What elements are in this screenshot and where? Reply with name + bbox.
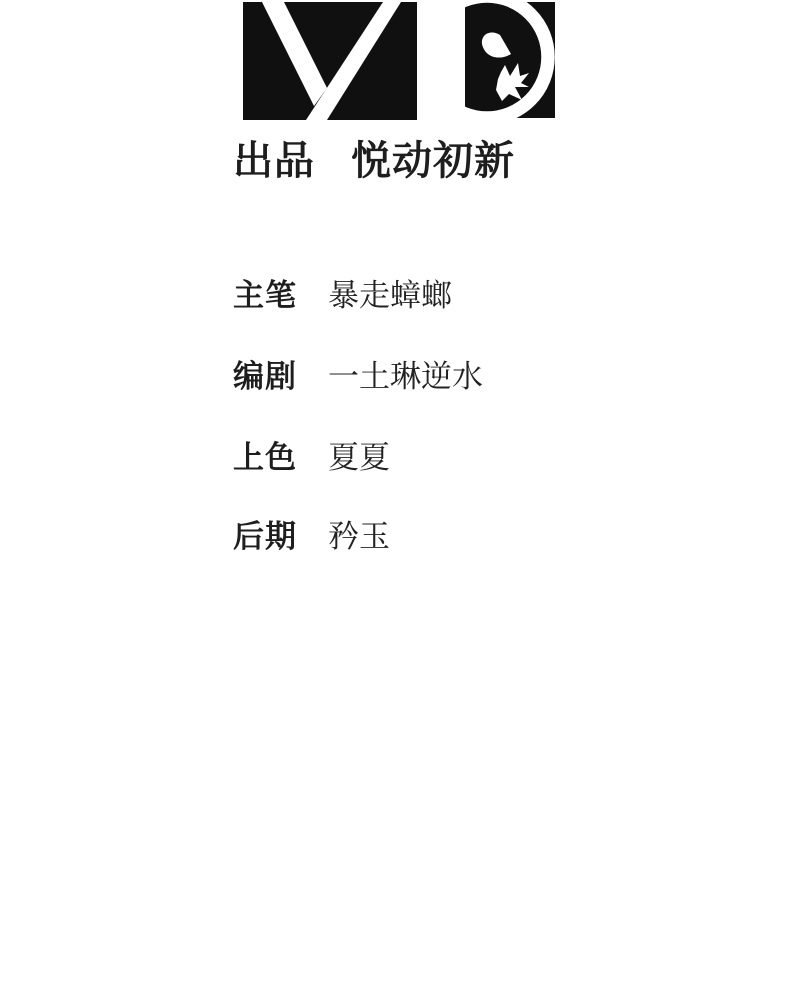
y-glyph-icon <box>243 2 417 120</box>
producer-line: 出品悦动初新 <box>233 139 515 183</box>
credit-role-label: 主笔 <box>233 278 328 314</box>
credit-name-value: 矜玉 <box>328 519 390 555</box>
producer-label: 出品 <box>233 139 315 183</box>
producer-value: 悦动初新 <box>351 139 515 183</box>
credit-row-colorist: 上色 夏夏 <box>233 440 390 476</box>
credit-row-post-production: 后期 矜玉 <box>233 519 390 555</box>
studio-logo-y-mark <box>243 2 417 120</box>
credit-name-value: 夏夏 <box>328 440 390 476</box>
credit-name-value: 一土琳逆水 <box>328 359 483 395</box>
credit-role-label: 后期 <box>233 519 328 555</box>
credit-row-writer: 编剧 一土琳逆水 <box>233 359 483 395</box>
studio-logo-d-face-mark <box>465 2 555 118</box>
credit-name-value: 暴走蟑螂 <box>328 278 452 314</box>
credit-role-label: 编剧 <box>233 359 328 395</box>
d-face-icon <box>465 2 555 118</box>
credit-role-label: 上色 <box>233 440 328 476</box>
comic-credits-page: 出品悦动初新 主笔 暴走蟑螂 编剧 一土琳逆水 上色 夏夏 后期 矜玉 <box>0 0 800 986</box>
credit-row-artist: 主笔 暴走蟑螂 <box>233 278 452 314</box>
